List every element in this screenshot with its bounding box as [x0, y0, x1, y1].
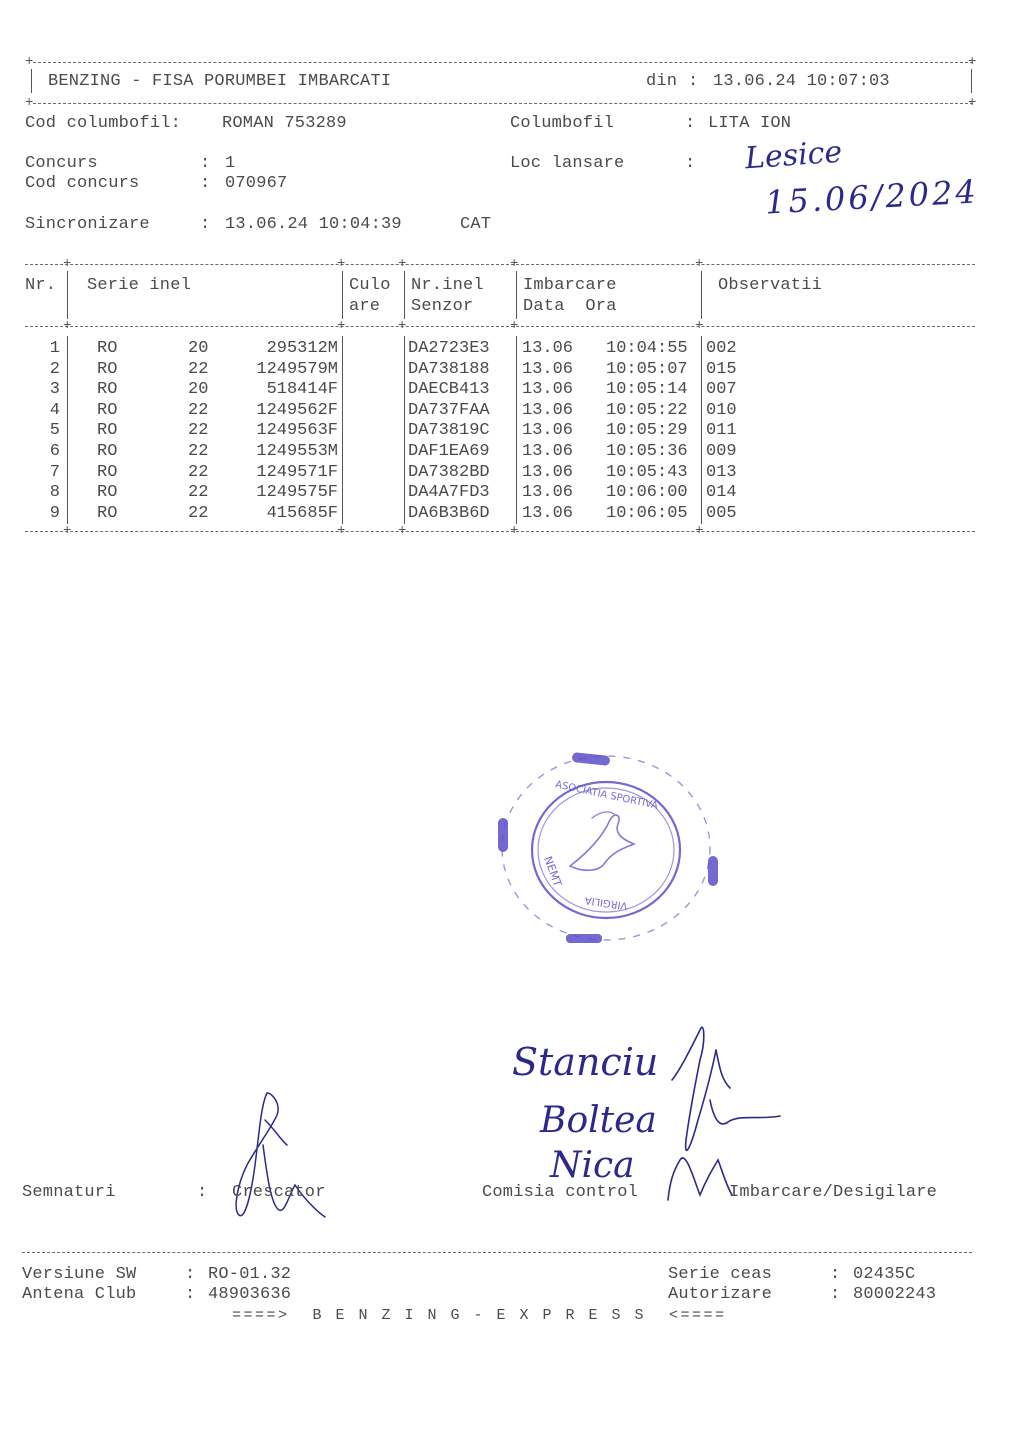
- cell-ring-number: 415685F: [228, 504, 338, 525]
- lansare-date-handwritten: 15.06/2024: [764, 172, 980, 221]
- cell-country: RO: [97, 339, 137, 360]
- stamp-top-text: ASOCIATIA SPORTIVA: [554, 779, 659, 812]
- cell-sensor-ring: DAF1EA69: [408, 442, 512, 463]
- benzing-express-banner: ====> B E N Z I N G - E X P R E S S <===…: [232, 1306, 727, 1326]
- serie-ceas-value: 02435C: [853, 1265, 915, 1285]
- cell-sensor-ring: DA738188: [408, 360, 512, 381]
- cell-date: 13.06: [522, 339, 582, 360]
- cell-date: 13.06: [522, 421, 582, 442]
- antena-club-label: Antena Club: [22, 1285, 136, 1305]
- sincronizare-value: 13.06.24 10:04:39: [225, 215, 402, 235]
- serie-ceas-label: Serie ceas: [668, 1265, 772, 1285]
- cell-time: 10:05:22: [606, 401, 698, 422]
- cell-sensor-ring: DA4A7FD3: [408, 483, 512, 504]
- handwritten-name: Stanciu: [512, 1040, 658, 1084]
- cell-sensor-ring: DA6B3B6D: [408, 504, 512, 525]
- cell-date: 13.06: [522, 504, 582, 525]
- divider: [971, 69, 972, 93]
- cell-country: RO: [97, 380, 137, 401]
- col-header-serie-inel: Serie inel: [87, 276, 191, 296]
- cell-country: RO: [97, 483, 137, 504]
- concurs-value: 1: [225, 154, 235, 174]
- cell-observation: 005: [706, 504, 766, 525]
- cell-year: 22: [188, 442, 224, 463]
- divider: [25, 326, 975, 327]
- divider: [22, 1252, 972, 1253]
- cell-time: 10:06:00: [606, 483, 698, 504]
- cell-observation: 015: [706, 360, 766, 381]
- col-header-observatii: Observatii: [718, 276, 822, 296]
- committee-signature-strokes: [640, 1010, 800, 1210]
- cell-date: 13.06: [522, 380, 582, 401]
- cod-concurs-label: Cod concurs: [25, 174, 139, 194]
- autorizare-label: Autorizare: [668, 1285, 772, 1305]
- versiune-sw-label: Versiune SW: [22, 1265, 136, 1285]
- col-header-nr-inel-senzor: Nr.inel: [411, 276, 484, 296]
- cell-sensor-ring: DA2723E3: [408, 339, 512, 360]
- cell-time: 10:05:07: [606, 360, 698, 381]
- corner-mark: +: [968, 96, 976, 110]
- cell-time: 10:05:29: [606, 421, 698, 442]
- cell-observation: 013: [706, 463, 766, 484]
- cell-nr: 4: [28, 401, 60, 422]
- cell-observation: 011: [706, 421, 766, 442]
- cell-observation: 007: [706, 380, 766, 401]
- divider: [33, 103, 973, 104]
- col-header-culoare: Culo: [349, 276, 391, 296]
- association-stamp: ASOCIATIA SPORTIVA NEMT VIRGILIA: [492, 748, 720, 948]
- cell-ring-number: 1249553M: [228, 442, 338, 463]
- cod-concurs-value: 070967: [225, 174, 287, 194]
- cell-nr: 6: [28, 442, 60, 463]
- document-title: BENZING - FISA PORUMBEI IMBARCATI: [48, 72, 391, 92]
- columbofil-value: LITA ION: [708, 114, 791, 134]
- cell-time: 10:04:55: [606, 339, 698, 360]
- sincronizare-suffix: CAT: [460, 215, 491, 235]
- loc-lansare-label: Loc lansare: [510, 154, 624, 174]
- dove-icon: [570, 815, 634, 870]
- col-header-imbarcare: Imbarcare: [523, 276, 617, 296]
- divider: [25, 264, 975, 265]
- concurs-label: Concurs: [25, 154, 98, 174]
- cell-nr: 8: [28, 483, 60, 504]
- signatures-label: Semnaturi: [22, 1183, 116, 1203]
- cell-sensor-ring: DA73819C: [408, 421, 512, 442]
- print-datetime: 13.06.24 10:07:03: [713, 72, 890, 92]
- cell-year: 20: [188, 339, 224, 360]
- cell-year: 20: [188, 380, 224, 401]
- cell-nr: 9: [28, 504, 60, 525]
- cell-observation: 002: [706, 339, 766, 360]
- columbofil-label: Columbofil: [510, 114, 614, 134]
- versiune-sw-value: RO-01.32: [208, 1265, 291, 1285]
- breeder-signature: [225, 1085, 345, 1230]
- cell-country: RO: [97, 401, 137, 422]
- cell-date: 13.06: [522, 483, 582, 504]
- cell-country: RO: [97, 360, 137, 381]
- date-label: din: [646, 72, 677, 92]
- cell-observation: 014: [706, 483, 766, 504]
- cell-nr: 2: [28, 360, 60, 381]
- cell-time: 10:06:05: [606, 504, 698, 525]
- cell-time: 10:05:43: [606, 463, 698, 484]
- cell-nr: 7: [28, 463, 60, 484]
- cell-year: 22: [188, 360, 224, 381]
- cell-sensor-ring: DA7382BD: [408, 463, 512, 484]
- cell-ring-number: 1249575F: [228, 483, 338, 504]
- cell-observation: 010: [706, 401, 766, 422]
- cell-date: 13.06: [522, 442, 582, 463]
- cell-year: 22: [188, 401, 224, 422]
- cell-year: 22: [188, 421, 224, 442]
- cell-date: 13.06: [522, 463, 582, 484]
- stamp-bottom-text: VIRGILIA: [584, 894, 628, 911]
- cell-country: RO: [97, 421, 137, 442]
- cell-nr: 5: [28, 421, 60, 442]
- divider: [33, 62, 973, 63]
- divider: [31, 69, 32, 93]
- cell-ring-number: 518414F: [228, 380, 338, 401]
- imbarcare-desigilare-label: Imbarcare/Desigilare: [729, 1183, 937, 1203]
- cell-country: RO: [97, 442, 137, 463]
- cell-sensor-ring: DA737FAA: [408, 401, 512, 422]
- cell-sensor-ring: DAECB413: [408, 380, 512, 401]
- handwritten-name: Nica: [550, 1145, 635, 1186]
- cell-ring-number: 1249579M: [228, 360, 338, 381]
- cell-country: RO: [97, 504, 137, 525]
- col-header-nr: Nr.: [25, 276, 56, 296]
- cod-columbofil-label: Cod columbofil:: [25, 114, 181, 134]
- cell-year: 22: [188, 463, 224, 484]
- cell-time: 10:05:36: [606, 442, 698, 463]
- cell-nr: 1: [28, 339, 60, 360]
- cell-year: 22: [188, 483, 224, 504]
- stamp-left-text: NEMT: [541, 855, 564, 889]
- cell-ring-number: 1249562F: [228, 401, 338, 422]
- cell-date: 13.06: [522, 360, 582, 381]
- cod-columbofil-value: ROMAN 753289: [222, 114, 347, 134]
- cell-year: 22: [188, 504, 224, 525]
- cell-ring-number: 1249563F: [228, 421, 338, 442]
- antena-club-value: 48903636: [208, 1285, 291, 1305]
- cell-nr: 3: [28, 380, 60, 401]
- cell-observation: 009: [706, 442, 766, 463]
- crescator-label: Crescator: [232, 1183, 326, 1203]
- corner-mark: +: [968, 55, 976, 69]
- sincronizare-label: Sincronizare: [25, 215, 150, 235]
- comisia-control-label: Comisia control: [482, 1183, 638, 1203]
- cell-ring-number: 1249571F: [228, 463, 338, 484]
- cell-time: 10:05:14: [606, 380, 698, 401]
- cell-country: RO: [97, 463, 137, 484]
- autorizare-value: 80002243: [853, 1285, 936, 1305]
- divider: [25, 531, 975, 532]
- cell-ring-number: 295312M: [228, 339, 338, 360]
- cell-date: 13.06: [522, 401, 582, 422]
- loc-lansare-handwritten: Lesice: [744, 135, 843, 177]
